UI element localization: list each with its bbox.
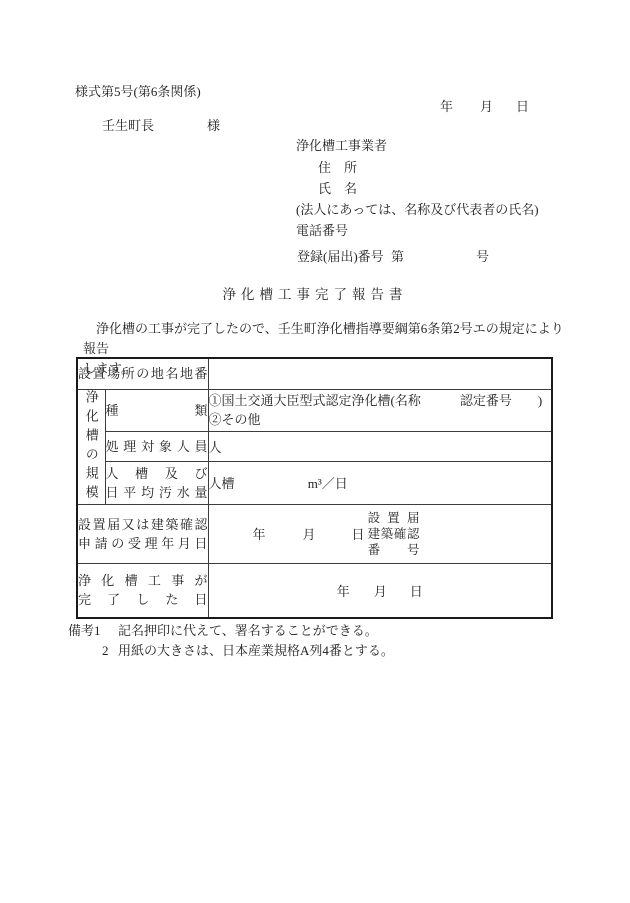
month-label: 月: [374, 581, 387, 600]
location-label-cell: 設置場所の地名地番: [77, 358, 208, 389]
acceptance-ref-line3: 番号: [368, 542, 420, 558]
completion-label-line2: 完了した日: [78, 590, 208, 609]
month-label: 月: [303, 524, 316, 543]
row-type: 浄化槽の規模 種類 ①国土交通大臣型式認定浄化槽(名称 認定番号 ) ②その他: [77, 389, 552, 431]
row-capacity: 処理対象人員 人: [77, 431, 552, 461]
tank-unit-capacity: 人槽: [209, 476, 235, 491]
note-1-text: 記名押印に代えて、署名することができる。: [118, 621, 378, 641]
scale-group-cell: 浄化槽の規模: [77, 389, 105, 504]
document-page: 様式第5号(第6条関係) 年 月 日 壬生町長様 浄化槽工事業者 住 所 氏 名…: [0, 0, 630, 903]
tank-unit-flow: m³／日: [308, 476, 348, 491]
row-acceptance: 設置届又は建築確認 申請の受理年月日 年 月 日 設置届 建築確認 番号: [77, 504, 552, 563]
type-value-line2: ②その他: [209, 410, 552, 429]
location-value-cell: [208, 358, 552, 389]
report-table: 設置場所の地名地番 浄化槽の規模 種類 ①国土交通大臣型式認定浄化槽(名称 認定…: [76, 357, 553, 619]
acceptance-ref-line2: 建築確認: [368, 526, 420, 542]
note-2-text: 用紙の大きさは、日本産業規格A列4番とする。: [118, 641, 394, 661]
acceptance-ref-block: 設置届 建築確認 番号: [368, 510, 420, 558]
tank-label-line2: 日平均汚水量: [106, 483, 208, 502]
row-completion: 浄化槽工事が 完了した日 年 月 日: [77, 563, 552, 618]
tank-label-line1: 人槽及び: [106, 464, 208, 483]
note-2-label: 2: [68, 641, 118, 661]
note-1-label: 備考1: [68, 621, 118, 641]
capacity-label-cell: 処理対象人員: [105, 431, 208, 461]
note-1: 備考1 記名押印に代えて、署名することができる。: [68, 621, 394, 641]
addressee-line: 壬生町長様: [102, 118, 220, 133]
header-date-line: 年 月 日: [440, 99, 529, 114]
addressee: 壬生町長: [102, 118, 154, 133]
acceptance-value-cell: 年 月 日 設置届 建築確認 番号: [208, 504, 552, 563]
acceptance-label-line1: 設置届又は建築確認: [78, 515, 208, 534]
acceptance-label-line2: 申請の受理年月日: [78, 534, 208, 553]
body-paragraph-line1: 浄化槽の工事が完了したので、壬生町浄化槽指導要綱第6条第2号エの規定により報告: [83, 319, 571, 359]
row-location: 設置場所の地名地番: [77, 358, 552, 389]
note-2: 2 用紙の大きさは、日本産業規格A列4番とする。: [68, 641, 394, 661]
day-label: 日: [516, 99, 529, 114]
type-label-cell: 種類: [105, 389, 208, 431]
completion-value-cell: 年 月 日: [208, 563, 552, 618]
tank-label-cell: 人槽及び 日平均汚水量: [105, 461, 208, 504]
registration-no-suffix: 号: [476, 249, 489, 264]
corporate-note: (法人にあっては、名称及び代表者の氏名): [296, 202, 539, 217]
type-value-cell: ①国土交通大臣型式認定浄化槽(名称 認定番号 ) ②その他: [208, 389, 552, 431]
type-value-line1: ①国土交通大臣型式認定浄化槽(名称 認定番号 ): [209, 391, 552, 410]
document-title: 浄化槽工事完了報告書: [75, 283, 555, 303]
form-number: 様式第5号(第6条関係): [75, 84, 201, 99]
completion-label-line1: 浄化槽工事が: [78, 571, 208, 590]
completion-label-cell: 浄化槽工事が 完了した日: [77, 563, 208, 618]
acceptance-ref-line1: 設置届: [368, 510, 420, 526]
registration-line: 登録(届出)番号 第 号: [297, 249, 497, 264]
phone-label: 電話番号: [296, 223, 348, 238]
notes-block: 備考1 記名押印に代えて、署名することができる。 2 用紙の大きさは、日本産業規…: [68, 621, 394, 661]
registration-label: 登録(届出)番号: [297, 249, 384, 264]
year-label: 年: [337, 581, 350, 600]
contractor-heading: 浄化槽工事業者: [296, 138, 387, 153]
year-label: 年: [440, 99, 453, 114]
acceptance-label-cell: 設置届又は建築確認 申請の受理年月日: [77, 504, 208, 563]
day-label: 日: [352, 524, 365, 543]
name-label: 氏 名: [318, 181, 357, 196]
capacity-value-cell: 人: [208, 431, 552, 461]
addressee-honorific: 様: [207, 118, 220, 133]
address-label: 住 所: [318, 160, 357, 175]
registration-no-prefix: 第: [391, 249, 404, 264]
year-label: 年: [253, 524, 266, 543]
tank-value-cell: 人槽 m³／日: [208, 461, 552, 504]
month-label: 月: [480, 99, 493, 114]
day-label: 日: [410, 581, 423, 600]
row-tank: 人槽及び 日平均汚水量 人槽 m³／日: [77, 461, 552, 504]
